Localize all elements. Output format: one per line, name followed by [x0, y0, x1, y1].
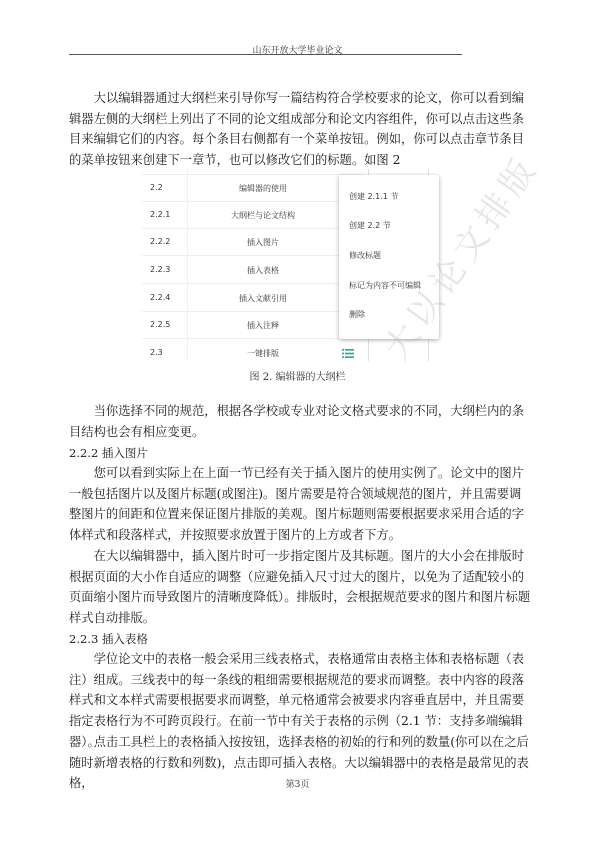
- outline-row[interactable]: 2.3 一键排版: [142, 340, 362, 361]
- menu-item-delete[interactable]: 删除: [349, 309, 365, 320]
- section-heading-insert-table: 2.2.3 插入表格: [69, 629, 148, 649]
- outline-row[interactable]: 2.2.4 插入文献引用: [142, 285, 362, 312]
- outline-row[interactable]: 2.2 编辑器的使用: [142, 175, 362, 202]
- outline-row[interactable]: 2.2.1 大纲栏与论文结构: [142, 202, 362, 229]
- paragraph-outline-change: 当你选择不同的规范，根据各学校或专业对论文格式要求的不同，大纲栏内的条目结构也会…: [69, 401, 531, 442]
- outline-row-label: 编辑器的使用: [188, 183, 338, 194]
- outline-row-label: 一键排版: [188, 348, 338, 359]
- section-heading-insert-image: 2.2.2 插入图片: [69, 443, 148, 463]
- menu-item-create-2-2[interactable]: 创建 2.2 节: [349, 220, 391, 231]
- outline-row[interactable]: 2.2.5 插入注释: [142, 312, 362, 339]
- outline-row-number: 2.2.5: [150, 320, 170, 329]
- outline-row-label: 插入文献引用: [188, 293, 338, 304]
- header-divider: [69, 54, 462, 55]
- paragraph-intro: 大以编辑器通过大纲栏来引导你写一篇结构符合学校要求的论文，你可以看到编辑器左侧的…: [69, 88, 531, 171]
- paragraph-image-editor: 在大以编辑器中，插入图片时可一步指定图片及其标题。图片的大小会在排版时根据页面的…: [69, 546, 531, 629]
- outline-row-number: 2.2.4: [150, 293, 170, 302]
- outline-row[interactable]: 2.2.3 插入表格: [142, 257, 362, 284]
- outline-row-label: 插入图片: [188, 237, 338, 248]
- outline-row-number: 2.3: [150, 348, 163, 357]
- outline-row-label: 插入表格: [188, 265, 338, 276]
- outline-row-number: 2.2.1: [150, 210, 170, 219]
- figure-caption: 图 2. 编辑器的大纲栏: [0, 368, 595, 383]
- paragraph-image-intro: 您可以看到实际上在上面一节已经有关于插入图片的使用实例了。论文中的图片一般包括图…: [69, 463, 531, 546]
- outline-row-label: 大纲栏与论文结构: [188, 210, 338, 221]
- menu-item-rename[interactable]: 修改标题: [349, 250, 381, 261]
- list-menu-icon[interactable]: [342, 349, 354, 358]
- outline-row-number: 2.2.3: [150, 265, 170, 274]
- outline-row-number: 2.2: [150, 183, 163, 192]
- outline-row-number: 2.2.2: [150, 237, 170, 246]
- menu-item-create-2-1-1[interactable]: 创建 2.1.1 节: [349, 191, 398, 202]
- outline-row-label: 插入注释: [188, 320, 338, 331]
- outline-row[interactable]: 2.2.2 插入图片: [142, 229, 362, 256]
- page-number: 第3页: [0, 777, 595, 790]
